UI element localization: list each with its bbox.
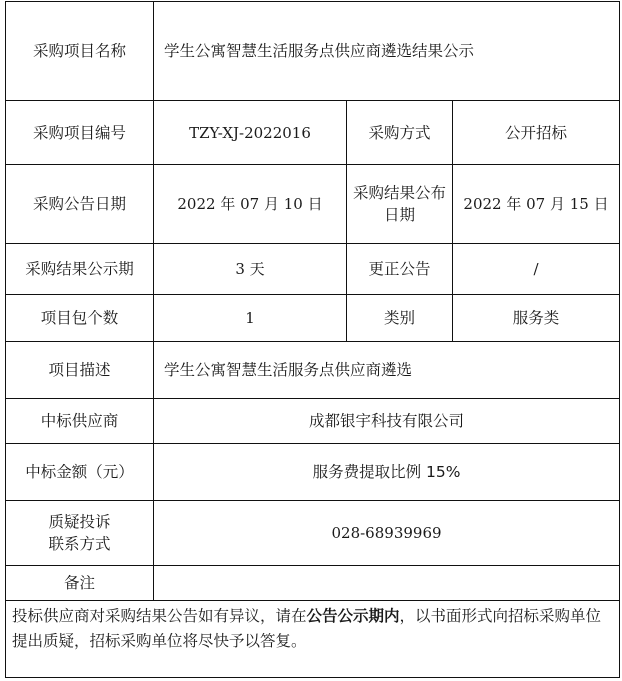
label-description: 项目描述 xyxy=(6,342,154,399)
value-package-count: 1 xyxy=(154,295,347,342)
label-category: 类别 xyxy=(347,295,453,342)
notice-bold-period: 公告公示期内 xyxy=(307,607,400,625)
value-procurement-method: 公开招标 xyxy=(453,101,620,165)
value-description: 学生公寓智慧生活服务点供应商遴选 xyxy=(154,342,620,399)
label-complaint-contact: 质疑投诉 联系方式 xyxy=(6,501,154,566)
row-winning-amount: 中标金额（元） 服务费提取比例 15% xyxy=(6,444,620,501)
value-category: 服务类 xyxy=(453,295,620,342)
row-remarks: 备注 xyxy=(6,566,620,601)
row-project-number: 采购项目编号 TZY-XJ-2022016 采购方式 公开招标 xyxy=(6,101,620,165)
value-project-number: TZY-XJ-2022016 xyxy=(154,101,347,165)
row-complaint-contact: 质疑投诉 联系方式 028-68939969 xyxy=(6,501,620,566)
label-result-date: 采购结果公布日期 xyxy=(347,165,453,244)
label-package-count: 项目包个数 xyxy=(6,295,154,342)
value-project-name: 学生公寓智慧生活服务点供应商遴选结果公示 xyxy=(154,2,620,101)
row-description: 项目描述 学生公寓智慧生活服务点供应商遴选 xyxy=(6,342,620,399)
label-complaint-line1: 质疑投诉 xyxy=(10,511,149,533)
value-correction: / xyxy=(453,244,620,295)
value-winning-supplier: 成都银宇科技有限公司 xyxy=(154,399,620,444)
row-project-name: 采购项目名称 学生公寓智慧生活服务点供应商遴选结果公示 xyxy=(6,2,620,101)
label-remarks: 备注 xyxy=(6,566,154,601)
objection-notice: 投标供应商对采购结果公告如有异议，请在公告公示期内，以书面形式向招标采购单位提出… xyxy=(6,601,620,678)
value-complaint-contact: 028-68939969 xyxy=(154,501,620,566)
value-result-date: 2022 年 07 月 15 日 xyxy=(453,165,620,244)
value-announce-date: 2022 年 07 月 10 日 xyxy=(154,165,347,244)
procurement-result-table: 采购项目名称 学生公寓智慧生活服务点供应商遴选结果公示 采购项目编号 TZY-X… xyxy=(5,1,619,678)
label-publicity-period: 采购结果公示期 xyxy=(6,244,154,295)
notice-part1: 投标供应商对采购结果公告如有异议，请在 xyxy=(12,607,307,625)
label-correction: 更正公告 xyxy=(347,244,453,295)
label-complaint-line2: 联系方式 xyxy=(10,533,149,555)
value-remarks xyxy=(154,566,620,601)
value-winning-amount: 服务费提取比例 15% xyxy=(154,444,620,501)
label-announce-date: 采购公告日期 xyxy=(6,165,154,244)
row-winning-supplier: 中标供应商 成都银宇科技有限公司 xyxy=(6,399,620,444)
label-procurement-method: 采购方式 xyxy=(347,101,453,165)
label-winning-supplier: 中标供应商 xyxy=(6,399,154,444)
row-package: 项目包个数 1 类别 服务类 xyxy=(6,295,620,342)
row-dates: 采购公告日期 2022 年 07 月 10 日 采购结果公布日期 2022 年 … xyxy=(6,165,620,244)
label-winning-amount: 中标金额（元） xyxy=(6,444,154,501)
label-project-number: 采购项目编号 xyxy=(6,101,154,165)
value-publicity-period: 3 天 xyxy=(154,244,347,295)
label-project-name: 采购项目名称 xyxy=(6,2,154,101)
row-publicity: 采购结果公示期 3 天 更正公告 / xyxy=(6,244,620,295)
row-notice: 投标供应商对采购结果公告如有异议，请在公告公示期内，以书面形式向招标采购单位提出… xyxy=(6,601,620,678)
